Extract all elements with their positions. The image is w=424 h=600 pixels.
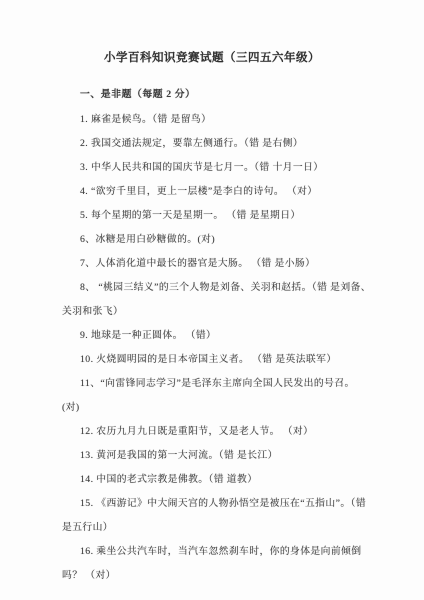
- question-item: 4. “欲穷千里目，更上一层楼”是李白的诗句。 （对）: [62, 180, 372, 204]
- document-title: 小学百科知识竞赛试题（三四五六年级）: [0, 50, 424, 66]
- question-item: 10. 火烧圆明园的是日本帝国主义者。 （错 是英法联军）: [62, 348, 372, 372]
- question-item: 9. 地球是一种正圆体。 （错）: [62, 324, 372, 348]
- question-item: 8、 “桃园三结义”的三个人物是刘备、关羽和赵括。（错 是刘备、关羽和张飞）: [62, 276, 372, 324]
- question-item: 15. 《西游记》中大闹天宫的人物孙悟空是被压在“五指山”。（错 是五行山）: [62, 492, 372, 540]
- document-body: 一、是非题（每题 2 分） 1. 麻雀是候鸟。（错 是留鸟） 2. 我国交通法规…: [62, 88, 372, 588]
- question-item: 7、人体消化道中最长的器官是大肠。 （错 是小肠）: [62, 252, 372, 276]
- question-item: 6、冰糖是用白砂糖做的。(对): [62, 228, 372, 252]
- section-heading: 一、是非题（每题 2 分）: [62, 88, 372, 102]
- question-item: 2. 我国交通法规定，要靠左侧通行。（错 是右侧）: [62, 132, 372, 156]
- question-list: 1. 麻雀是候鸟。（错 是留鸟） 2. 我国交通法规定，要靠左侧通行。（错 是右…: [62, 108, 372, 588]
- question-item: 3. 中华人民共和国的国庆节是七月一。（错 十月一日）: [62, 156, 372, 180]
- question-item: 11、“向雷锋同志学习”是毛泽东主席向全国人民发出的号召。 (对): [62, 372, 372, 420]
- question-item: 13. 黄河是我国的第一大河流。（错 是长江）: [62, 444, 372, 468]
- question-item: 1. 麻雀是候鸟。（错 是留鸟）: [62, 108, 372, 132]
- question-item: 14. 中国的老式宗教是佛教。（错 道教）: [62, 468, 372, 492]
- document-page: 小学百科知识竞赛试题（三四五六年级） 一、是非题（每题 2 分） 1. 麻雀是候…: [0, 0, 424, 600]
- question-item: 5. 每个星期的第一天是星期一。 （错 是星期日）: [62, 204, 372, 228]
- question-item: 16. 乘坐公共汽车时，当汽车忽然刹车时，你的身体是向前倾倒吗？ （对）: [62, 540, 372, 588]
- question-item: 12. 农历九月九日既是重阳节，又是老人节。 （对）: [62, 420, 372, 444]
